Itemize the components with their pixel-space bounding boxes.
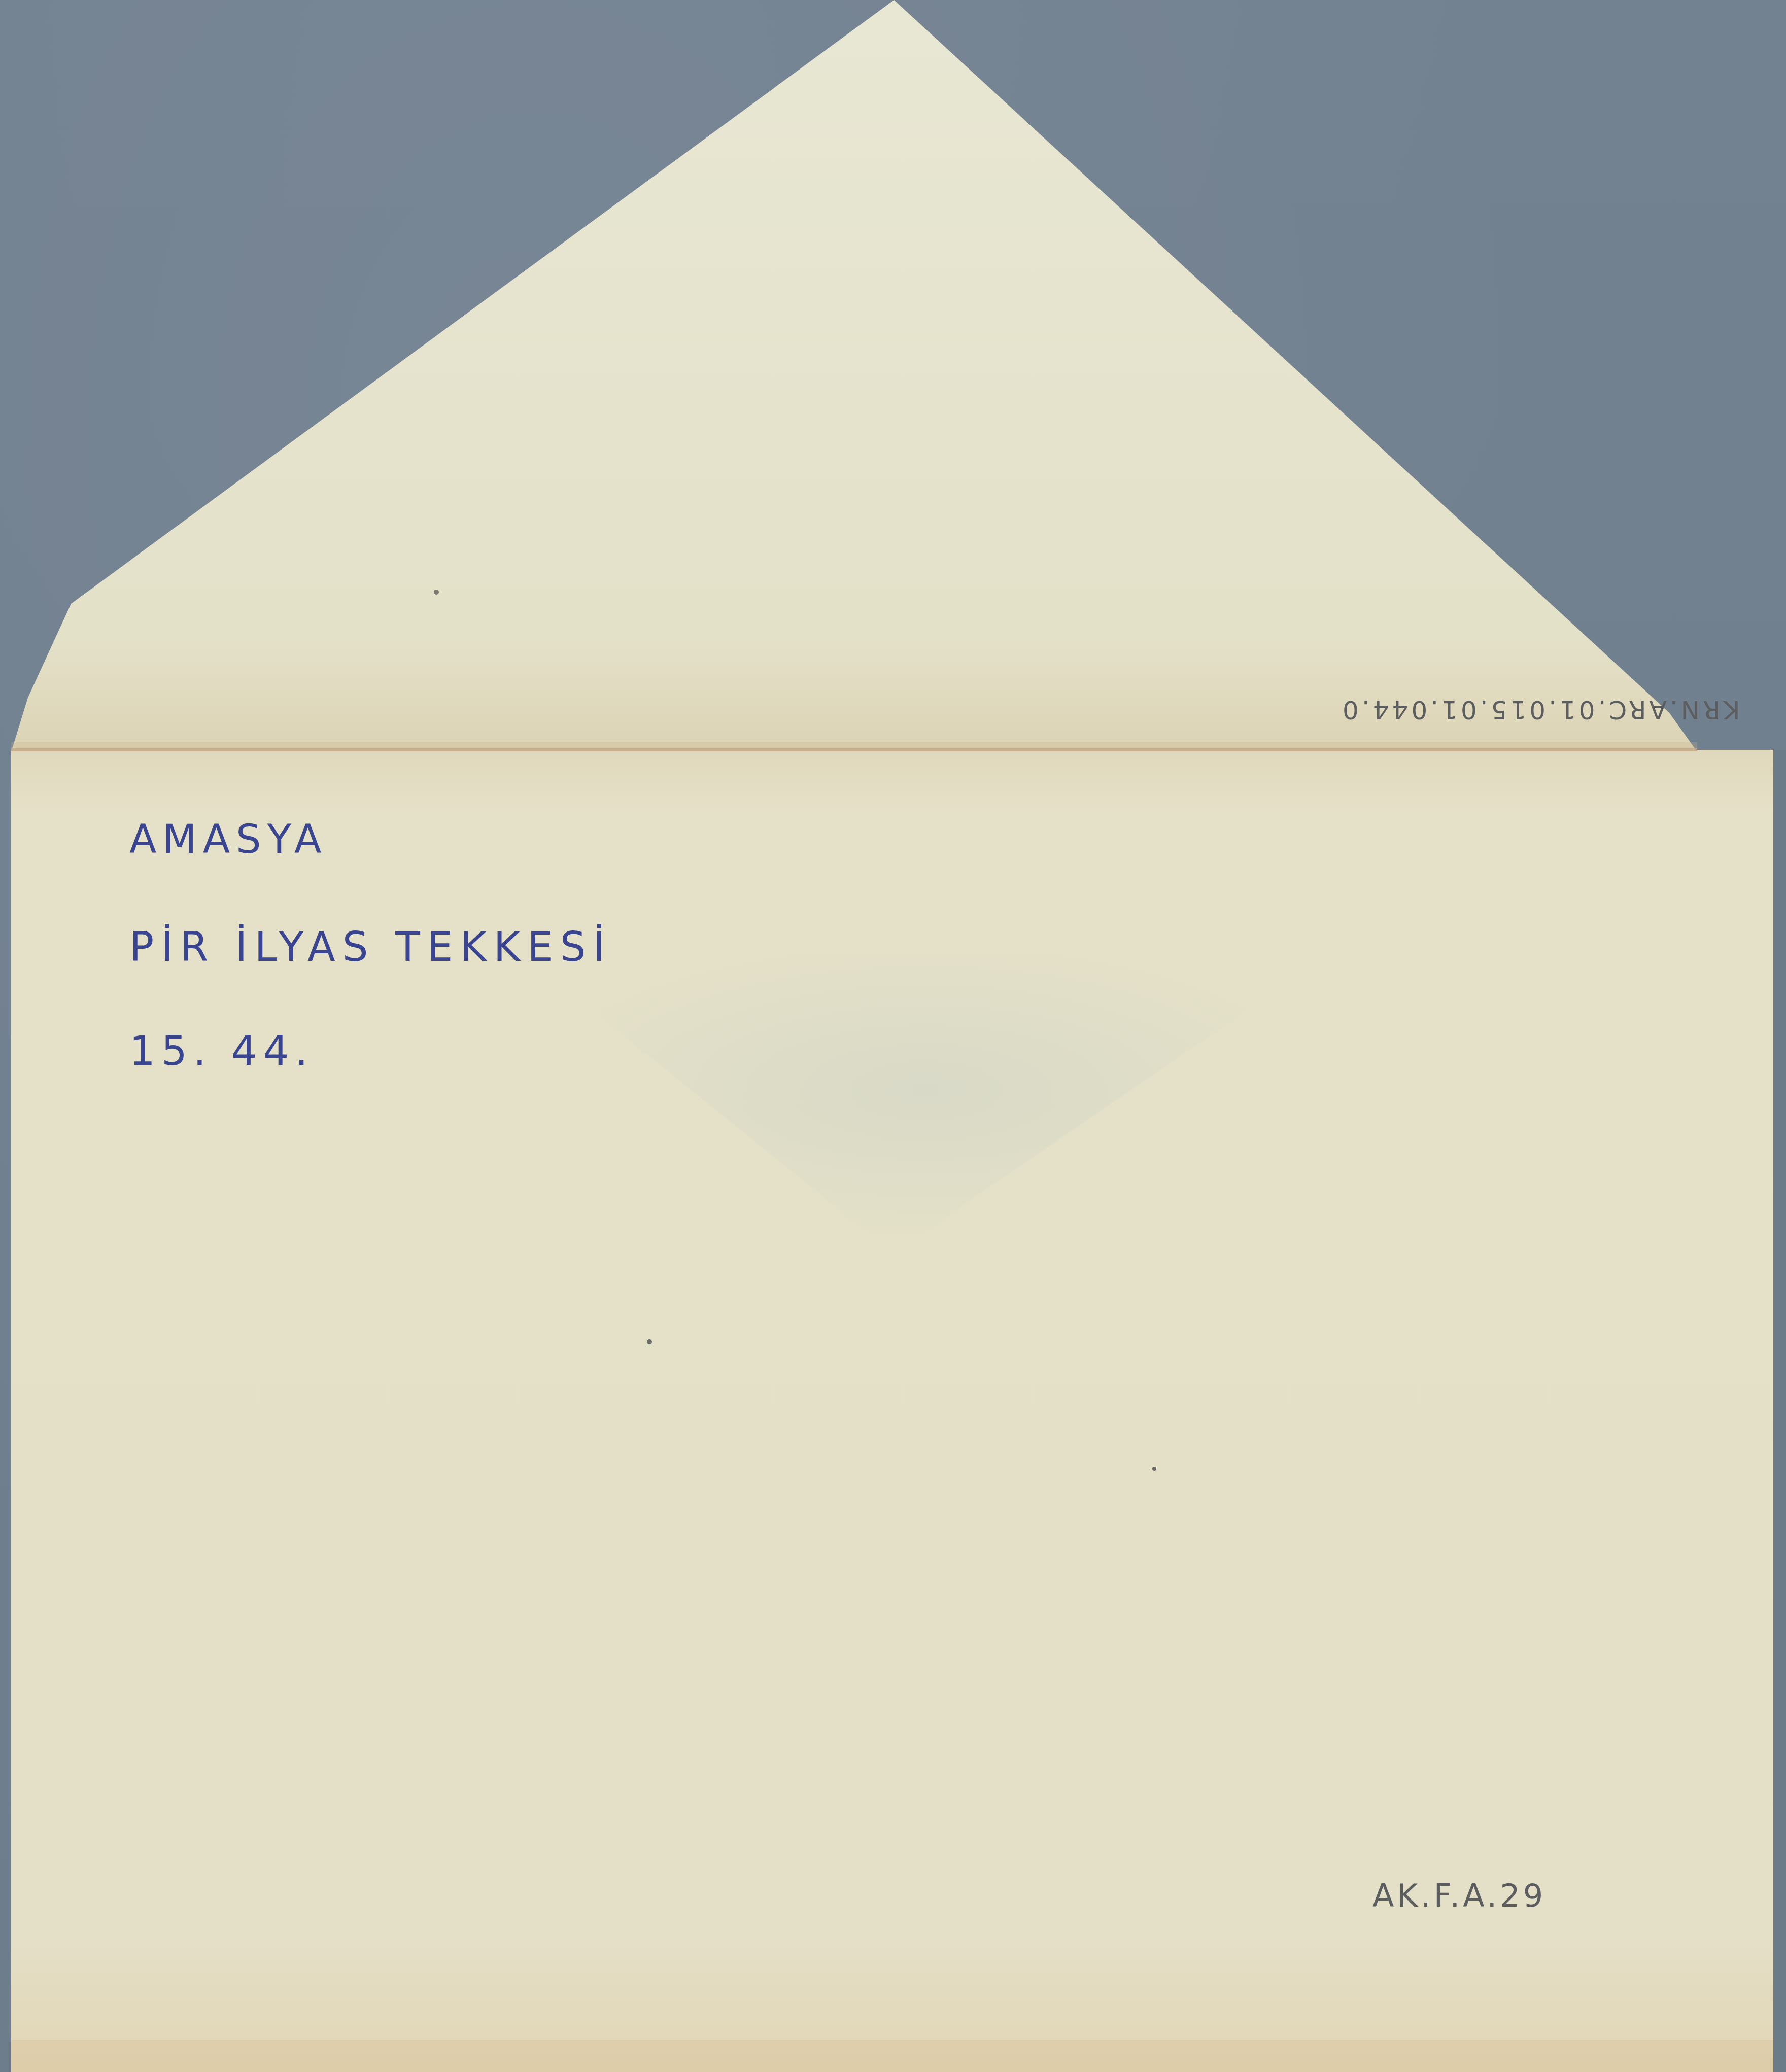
edge-stain (11, 2040, 1773, 2072)
envelope-flap (11, 0, 1697, 752)
archive-code: KRN.ARC.01.015.01.044.0 (1340, 695, 1740, 724)
right-border (1773, 750, 1786, 2072)
catalog-reference: AK.F.A.29 (1372, 1877, 1546, 1914)
handwritten-city: AMASYA (129, 817, 327, 862)
handwritten-place: PİR İLYAS TEKKESİ (129, 923, 612, 971)
speck (647, 1339, 652, 1344)
speck (1152, 1467, 1156, 1471)
handwritten-number: 15. 44. (129, 1027, 314, 1075)
speck (434, 590, 439, 595)
